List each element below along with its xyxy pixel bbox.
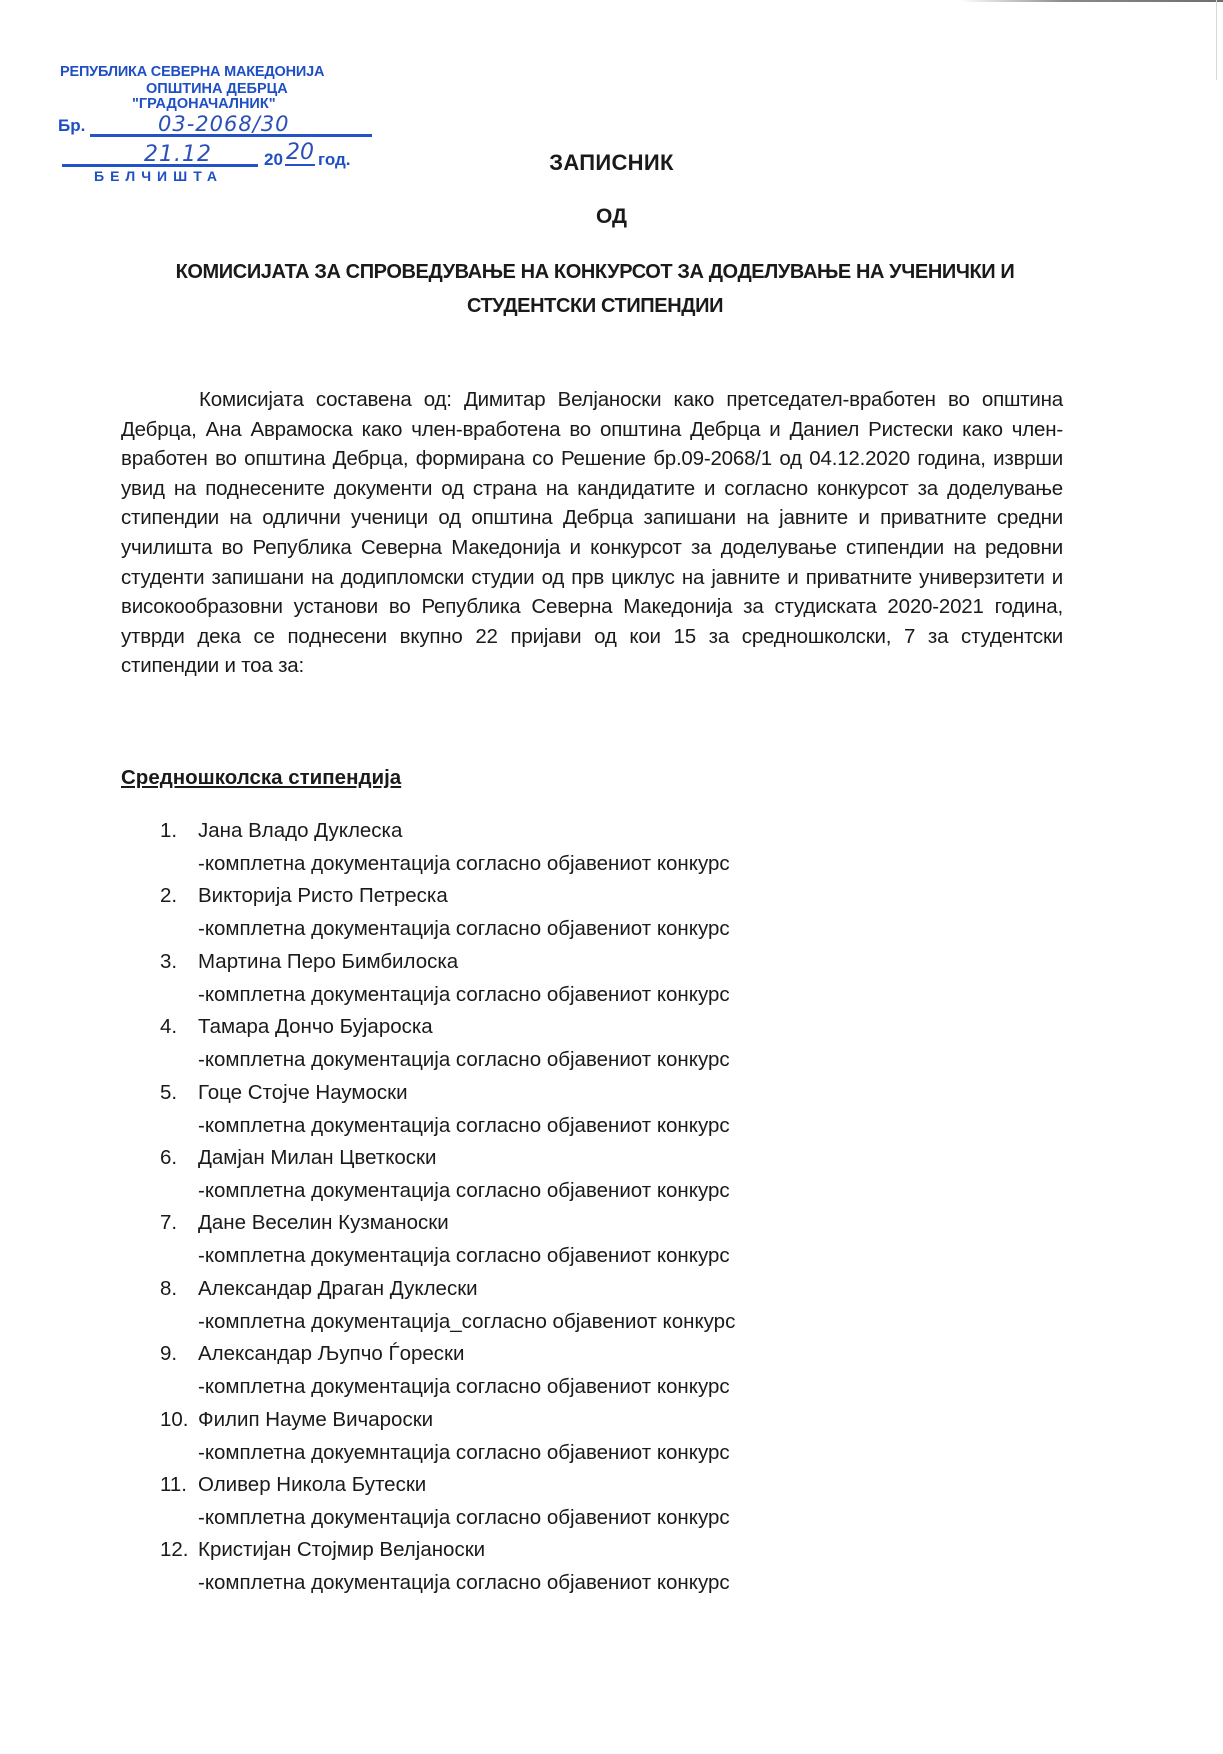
list-item: 7.Дане Веселин Кузманоски-комплетна доку… <box>160 1208 960 1273</box>
applicant-list: 1.Јана Владо Дуклеска-комплетна документ… <box>160 816 960 1601</box>
applicant-number: 8. <box>160 1274 198 1303</box>
applicant-number: 4. <box>160 1012 198 1041</box>
applicant-name: Оливер Никола Бутески <box>198 1470 426 1499</box>
stamp-office: "ГРАДОНАЧАЛНИК" <box>132 96 276 112</box>
list-item: 4.Тамара Дончо Бујароска-комплетна докум… <box>160 1012 960 1077</box>
applicant-name: Дане Веселин Кузманоски <box>198 1208 449 1237</box>
applicant-note: -комплетна документација согласно објаве… <box>198 1045 730 1074</box>
list-item: 11.Оливер Никола Бутески-комплетна докум… <box>160 1470 960 1535</box>
applicant-note: -комплетна документација согласно објаве… <box>198 1372 730 1401</box>
list-item: 2.Викторија Ристо Петреска-комплетна док… <box>160 881 960 946</box>
applicant-number: 6. <box>160 1143 198 1172</box>
applicant-name: Јана Владо Дуклеска <box>198 816 402 845</box>
list-item: 5.Гоце Стојче Наумоски-комплетна докумен… <box>160 1078 960 1143</box>
applicant-name: Александар Драган Дуклески <box>198 1274 478 1303</box>
applicant-name: Александар Љупчо Ѓорески <box>198 1339 464 1368</box>
stamp-municipality: ОПШТИНА ДЕБРЦА <box>146 81 288 97</box>
stamp-number-handwritten: 03-2068/30 <box>158 112 290 136</box>
applicant-note: -комплетна докуемнтација согласно објаве… <box>198 1438 730 1467</box>
document-heading: КОМИСИЈАТА ЗА СПРОВЕДУВАЊЕ НА КОНКУРСОТ … <box>120 255 1070 323</box>
document-title: ЗАПИСНИК <box>0 150 1223 176</box>
scan-edge-artifact <box>960 0 1223 2</box>
list-item: 6.Дамјан Милан Цветкоски-комплетна докум… <box>160 1143 960 1208</box>
applicant-name: Кристијан Стојмир Велјаноски <box>198 1535 485 1564</box>
list-item: 12.Кристијан Стојмир Велјаноски-комплетн… <box>160 1535 960 1600</box>
applicant-name: Тамара Дончо Бујароска <box>198 1012 433 1041</box>
list-item: 3.Мартина Перо Бимбилоска-комплетна доку… <box>160 947 960 1012</box>
applicant-number: 1. <box>160 816 198 845</box>
applicant-number: 3. <box>160 947 198 976</box>
applicant-note: -комплетна документација согласно објаве… <box>198 1503 730 1532</box>
list-item: 8.Александар Драган Дуклески-комплетна д… <box>160 1274 960 1339</box>
list-item: 9.Александар Љупчо Ѓорески-комплетна док… <box>160 1339 960 1404</box>
applicant-number: 11. <box>160 1470 198 1499</box>
list-item: 10.Филип Науме Вичароски-комплетна докуе… <box>160 1405 960 1470</box>
document-subtitle: ОД <box>0 205 1223 229</box>
applicant-name: Викторија Ристо Петреска <box>198 881 448 910</box>
applicant-name: Мартина Перо Бимбилоска <box>198 947 458 976</box>
applicant-number: 9. <box>160 1339 198 1368</box>
applicant-number: 12. <box>160 1535 198 1564</box>
applicant-name: Гоце Стојче Наумоски <box>198 1078 408 1107</box>
applicant-note: -комплетна документација согласно објаве… <box>198 1241 730 1270</box>
body-paragraph: Комисијата составена од: Димитар Велјано… <box>121 385 1063 681</box>
scan-edge-artifact-right <box>1216 0 1217 80</box>
applicant-note: -комплетна документација согласно објаве… <box>198 1111 730 1140</box>
list-item: 1.Јана Владо Дуклеска-комплетна документ… <box>160 816 960 881</box>
applicant-number: 5. <box>160 1078 198 1107</box>
stamp-number-label: Бр. <box>58 116 85 136</box>
applicant-name: Филип Науме Вичароски <box>198 1405 433 1434</box>
applicant-note: -комплетна документација согласно објаве… <box>198 1176 730 1205</box>
stamp-number-line <box>90 134 372 137</box>
applicant-note: -комплетна документација согласно објаве… <box>198 980 730 1009</box>
applicant-name: Дамјан Милан Цветкоски <box>198 1143 436 1172</box>
applicant-number: 10. <box>160 1405 198 1434</box>
section-title-highschool: Средношколска стипендија <box>121 766 401 790</box>
applicant-number: 7. <box>160 1208 198 1237</box>
stamp-country: РЕПУБЛИКА СЕВЕРНА МАКЕДОНИЈА <box>60 64 324 80</box>
applicant-note: -комплетна документација_согласно објаве… <box>198 1307 735 1336</box>
applicant-note: -комплетна документација согласно објаве… <box>198 914 730 943</box>
applicant-note: -комплетна документација согласно објаве… <box>198 1568 730 1597</box>
applicant-note: -комплетна документација согласно објаве… <box>198 849 730 878</box>
applicant-number: 2. <box>160 881 198 910</box>
